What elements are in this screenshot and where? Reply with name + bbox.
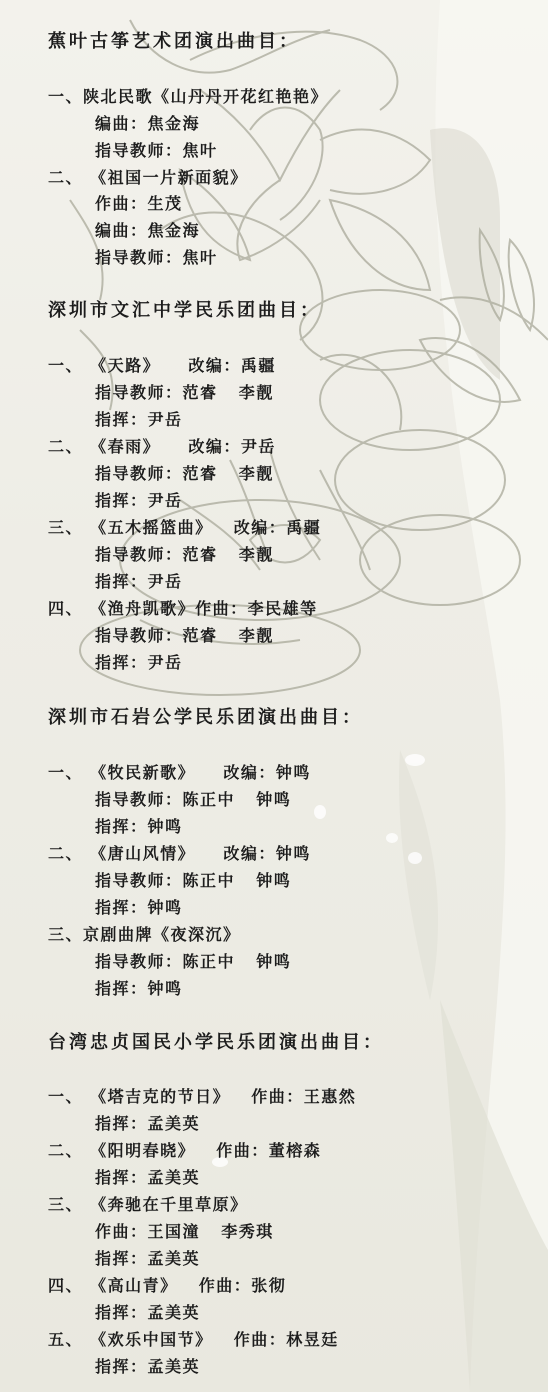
program-credit: 指导教师：陈正中 钟鸣 <box>95 952 291 972</box>
program-item: 二、 《春雨》 改编：尹岳 <box>48 437 276 457</box>
program-credit: 指挥：孟美英 <box>95 1249 200 1269</box>
program-item: 一、陕北民歌《山丹丹开花红艳艳》 <box>48 87 328 107</box>
program-item: 一、 《塔吉克的节日》 作曲：王惠然 <box>48 1087 356 1107</box>
program-credit: 作曲：生茂 <box>95 194 183 214</box>
program-item: 四、 《高山青》 作曲：张彻 <box>48 1276 286 1296</box>
program-credit: 指导教师：陈正中 钟鸣 <box>95 871 291 891</box>
section-title: 深圳市石岩公学民乐团演出曲目： <box>48 708 363 728</box>
section-title: 深圳市文汇中学民乐团曲目： <box>48 301 321 321</box>
program-credit: 指导教师：范睿 李靓 <box>95 383 274 403</box>
program-credit: 指导教师：范睿 李靓 <box>95 464 274 484</box>
program-credit: 指挥：尹岳 <box>95 491 183 511</box>
program-credit: 作曲：王国潼 李秀琪 <box>95 1222 274 1242</box>
program-document: 蕉叶古筝艺术团演出曲目： 一、陕北民歌《山丹丹开花红艳艳》 编曲：焦金海 指导教… <box>0 0 548 1392</box>
program-item: 四、 《渔舟凯歌》作曲：李民雄等 <box>48 599 318 619</box>
program-credit: 指导教师：陈正中 钟鸣 <box>95 790 291 810</box>
program-item: 一、 《天路》 改编：禹疆 <box>48 356 276 376</box>
program-credit: 指挥：孟美英 <box>95 1168 200 1188</box>
program-credit: 指导教师：焦叶 <box>95 248 218 268</box>
program-item: 三、 《奔驰在千里草原》 <box>48 1195 248 1215</box>
program-credit: 编曲：焦金海 <box>95 221 200 241</box>
program-credit: 指挥：钟鸣 <box>95 898 183 918</box>
program-credit: 指挥：钟鸣 <box>95 979 183 999</box>
program-item: 三、京剧曲牌《夜深沉》 <box>48 925 241 945</box>
program-credit: 指挥：尹岳 <box>95 572 183 592</box>
program-item: 二、 《唐山风情》 改编：钟鸣 <box>48 844 311 864</box>
program-credit: 指挥：孟美英 <box>95 1114 200 1134</box>
program-item: 五、 《欢乐中国节》 作曲：林昱廷 <box>48 1330 339 1350</box>
program-credit: 指导教师：焦叶 <box>95 141 218 161</box>
program-credit: 指挥：尹岳 <box>95 653 183 673</box>
program-credit: 指挥：孟美英 <box>95 1357 200 1377</box>
program-credit: 指挥：钟鸣 <box>95 817 183 837</box>
program-credit: 指导教师：范睿 李靓 <box>95 626 274 646</box>
program-item: 一、 《牧民新歌》 改编：钟鸣 <box>48 763 311 783</box>
program-credit: 指挥：尹岳 <box>95 410 183 430</box>
section-title: 蕉叶古筝艺术团演出曲目： <box>48 32 300 52</box>
program-item: 二、 《阳明春晓》 作曲：董榕森 <box>48 1141 321 1161</box>
program-item: 三、 《五木摇篮曲》 改编：禹疆 <box>48 518 321 538</box>
program-credit: 指导教师：范睿 李靓 <box>95 545 274 565</box>
program-credit: 指挥：孟美英 <box>95 1303 200 1323</box>
program-item: 二、 《祖国一片新面貌》 <box>48 168 248 188</box>
section-title: 台湾忠贞国民小学民乐团演出曲目： <box>48 1033 384 1053</box>
program-credit: 编曲：焦金海 <box>95 114 200 134</box>
